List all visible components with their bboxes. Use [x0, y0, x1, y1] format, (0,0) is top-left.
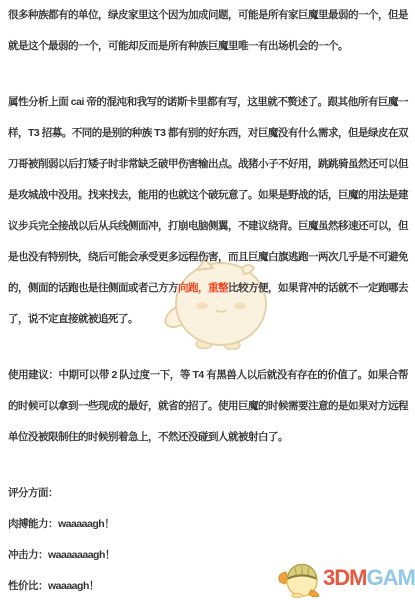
- logo-text-game: GAME: [366, 565, 415, 590]
- logo-text-3dm: 3DM: [323, 565, 366, 590]
- 3dmgame-logo: 3DMGAME: [277, 558, 413, 598]
- analysis-highlight-text: 向跑，重整: [178, 282, 228, 294]
- paragraph-usage-advice: 使用建议：中期可以带 2 队过度一下，等 T4 有黑兽人以后就没有存在的价值了。…: [8, 360, 408, 453]
- logo-text: 3DMGAME: [323, 558, 415, 598]
- rating-heading: 评分方面：: [8, 478, 408, 509]
- rating-melee: 肉搏能力：waaaaagh！: [8, 509, 408, 540]
- paragraph-analysis: 属性分析上面 cai 帝的混沌和我写的诺斯卡里都有写，这里就不赘述了。跟其他所有…: [8, 87, 408, 335]
- article: 很多种族都有的单位，绿皮家里这个因为加成问题，可能是所有家巨魔里最弱的一个，但是…: [0, 0, 415, 600]
- paragraph-intro: 很多种族都有的单位，绿皮家里这个因为加成问题，可能是所有家巨魔里最弱的一个，但是…: [8, 0, 408, 62]
- analysis-text-pre: 属性分析上面 cai 帝的混沌和我写的诺斯卡里都有写，这里就不赘述了。跟其他所有…: [8, 96, 408, 294]
- chick-mascot-icon: [277, 558, 323, 598]
